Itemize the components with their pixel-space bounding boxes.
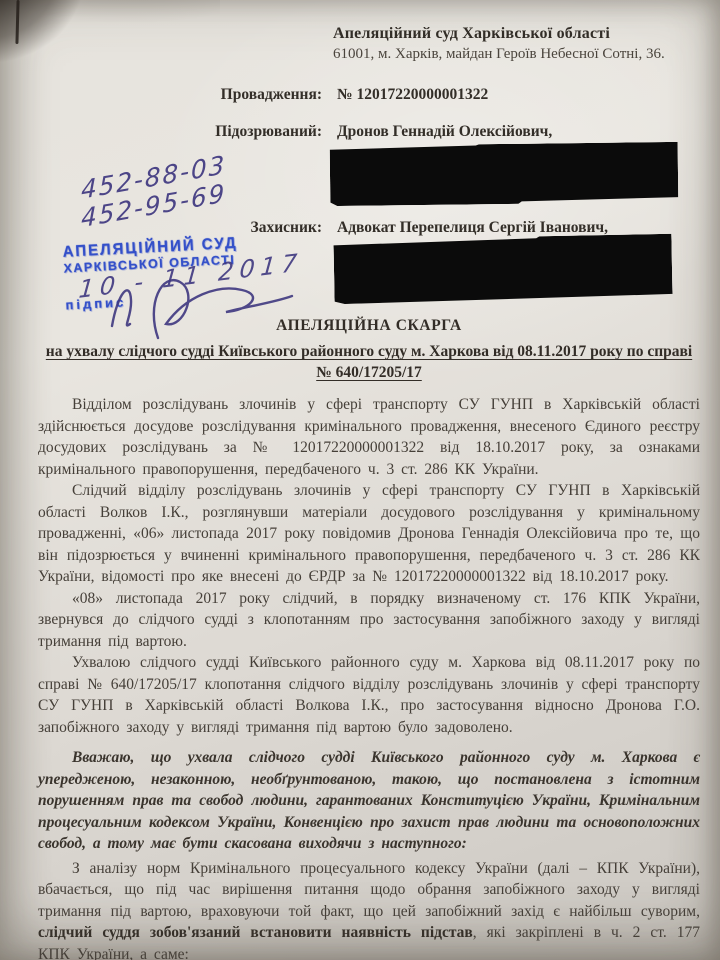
paragraph-6: З аналізу норм Кримінального процесуальн… — [38, 858, 700, 960]
suspect-label: Підозрюваний: — [158, 123, 322, 141]
defender-label: Захисник: — [158, 219, 322, 237]
court-name: Апеляційний суд Харківської області — [333, 25, 693, 43]
field-row-suspect: Підозрюваний: Дронов Геннадій Олексійови… — [158, 123, 552, 141]
defender-name: Адвокат Перепелиця Сергій Іванович, — [337, 219, 608, 237]
document-subtitle: на ухвалу слідчого судді Київського райо… — [38, 341, 700, 383]
paragraph-6-bold: слідчий суддя зобов'язаний встановити на… — [38, 924, 473, 941]
paragraph-4: Ухвалою слідчого судді Київського районн… — [38, 652, 700, 738]
court-address: 61001, м. Харків, майдан Героїв Небесної… — [333, 46, 693, 63]
paragraph-2: Слідчий відділу розслідувань злочинів у … — [38, 480, 700, 588]
court-header: Апеляційний суд Харківської області 6100… — [333, 25, 693, 63]
title-block: АПЕЛЯЦІЙНА СКАРГА на ухвалу слідчого суд… — [38, 317, 700, 383]
paragraph-5-opinion: Вважаю, що ухвала слідчого судді Київськ… — [38, 747, 700, 855]
field-row-proceeding: Провадження: № 12017220000001322 — [158, 86, 488, 104]
paragraph-1: Відділом розслідувань злочинів у сфері т… — [38, 394, 700, 480]
redaction-box-suspect-address — [330, 142, 679, 206]
redaction-box-defender-address — [333, 234, 672, 304]
document-body: Відділом розслідувань злочинів у сфері т… — [38, 394, 700, 960]
proceeding-label: Провадження: — [158, 86, 322, 104]
pen-mark — [15, 0, 19, 44]
suspect-name: Дронов Геннадій Олексійович, — [337, 123, 552, 141]
document-photo: Апеляційний суд Харківської області 6100… — [0, 0, 720, 960]
paragraph-3: «08» листопада 2017 року слідчий, в поря… — [38, 588, 700, 653]
proceeding-number: № 12017220000001322 — [337, 86, 488, 104]
document-title: АПЕЛЯЦІЙНА СКАРГА — [38, 317, 700, 335]
paragraph-6-pre: З аналізу норм Кримінального процесуальн… — [38, 860, 700, 920]
